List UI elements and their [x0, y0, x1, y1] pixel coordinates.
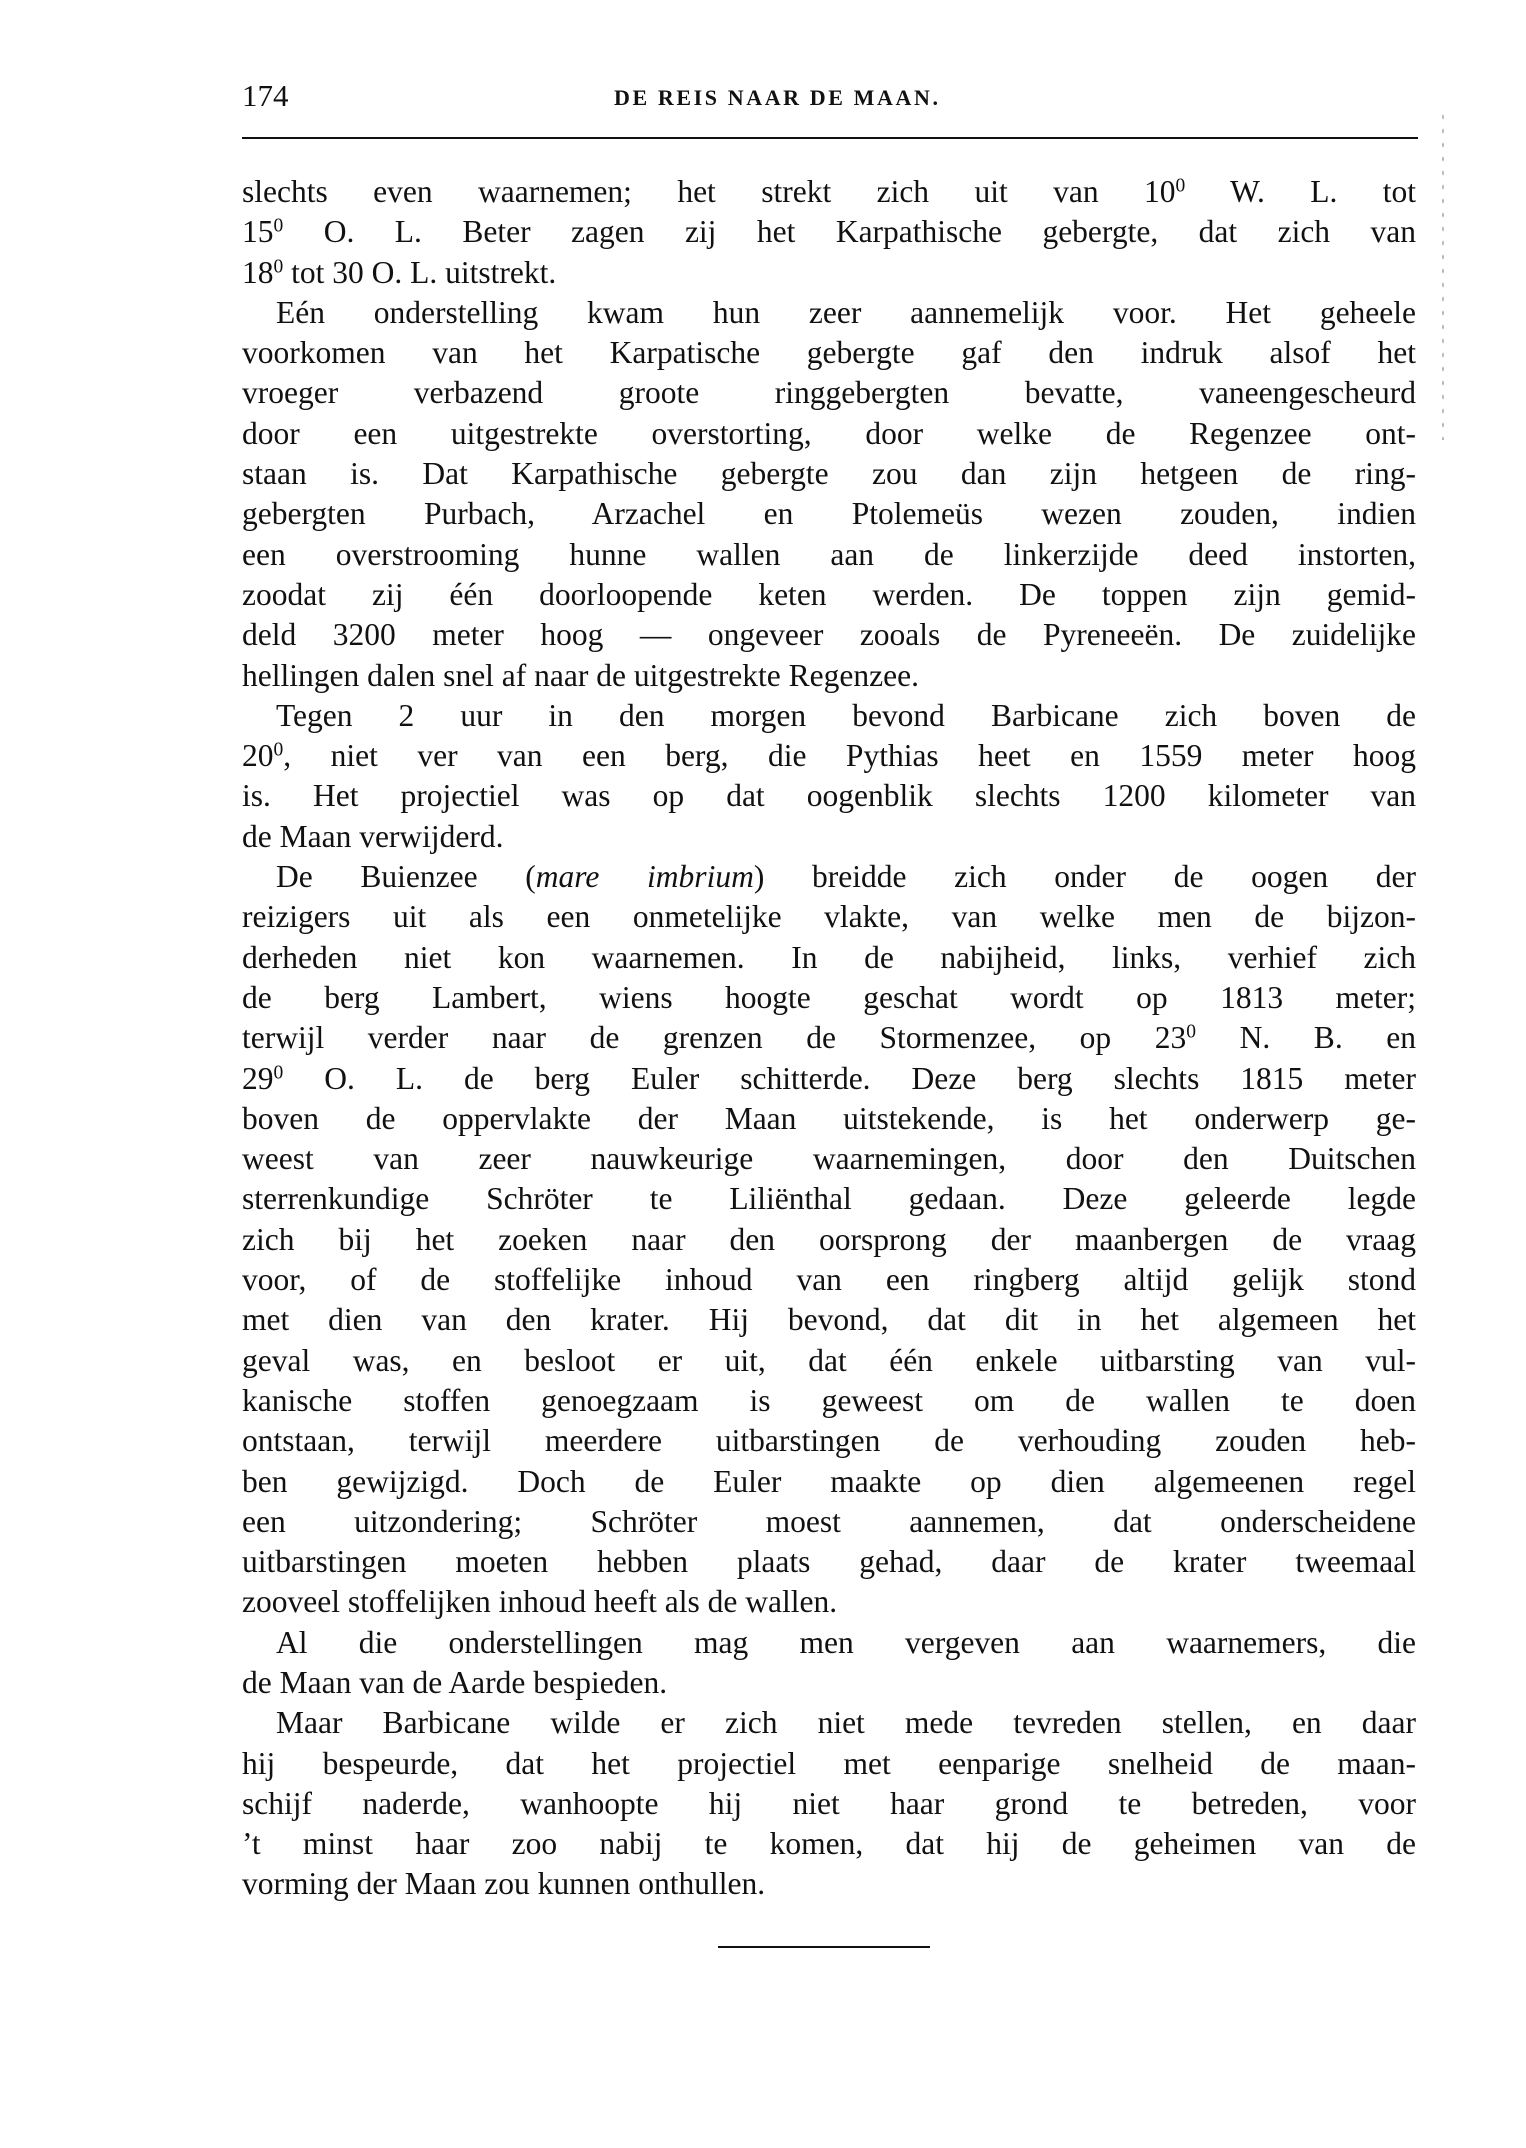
text-line: derheden niet kon waarnemen. In de nabij…	[242, 938, 1416, 978]
body-text: slechts even waarnemen; het strekt zich …	[242, 172, 1416, 1905]
text-line: de berg Lambert, wiens hoogte geschat wo…	[242, 978, 1416, 1018]
page-number: 174	[242, 78, 289, 114]
text-line: kanische stoffen genoegzaam is geweest o…	[242, 1381, 1416, 1421]
page-header: 174 DE REIS NAAR DE MAAN.	[242, 78, 1416, 114]
text-line: zich bij het zoeken naar den oorsprong d…	[242, 1220, 1416, 1260]
text-line: uitbarstingen moeten hebben plaats gehad…	[242, 1542, 1416, 1582]
text-line: sterrenkundige Schröter te Liliënthal ge…	[242, 1179, 1416, 1219]
text-line: zoodat zij één doorloopende keten werden…	[242, 575, 1416, 615]
text-line: Tegen 2 uur in den morgen bevond Barbica…	[242, 696, 1416, 736]
text-line: zooveel stoffelijken inhoud heeft als de…	[242, 1582, 1416, 1622]
text-line: Eén onderstelling kwam hun zeer aannemel…	[242, 293, 1416, 333]
text-line: ben gewijzigd. Doch de Euler maakte op d…	[242, 1462, 1416, 1502]
text-line: is. Het projectiel was op dat oogenblik …	[242, 776, 1416, 816]
text-line: vroeger verbazend groote ringgebergten b…	[242, 373, 1416, 413]
text-line: de Maan verwijderd.	[242, 817, 1416, 857]
text-line: weest van zeer nauwkeurige waarnemingen,…	[242, 1139, 1416, 1179]
text-line: Maar Barbicane wilde er zich niet mede t…	[242, 1703, 1416, 1743]
scan-edge-noise	[1440, 110, 1448, 440]
text-line: voor, of de stoffelijke inhoud van een r…	[242, 1260, 1416, 1300]
header-rule	[242, 137, 1418, 139]
text-line: deld 3200 meter hoog — ongeveer zooals d…	[242, 615, 1416, 655]
text-line: 180 tot 30 O. L. uitstrekt.	[242, 253, 1416, 293]
text-line: met dien van den krater. Hij bevond, dat…	[242, 1300, 1416, 1340]
text-line: ontstaan, terwijl meerdere uitbarstingen…	[242, 1421, 1416, 1461]
text-line: 200, niet ver van een berg, die Pythias …	[242, 736, 1416, 776]
text-line: een overstrooming hunne wallen aan de li…	[242, 535, 1416, 575]
text-line: vorming der Maan zou kunnen onthullen.	[242, 1864, 1416, 1904]
text-line: staan is. Dat Karpathische gebergte zou …	[242, 454, 1416, 494]
text-line: door een uitgestrekte overstorting, door…	[242, 414, 1416, 454]
text-line: reizigers uit als een onmetelijke vlakte…	[242, 897, 1416, 937]
text-line: een uitzondering; Schröter moest aanneme…	[242, 1502, 1416, 1542]
text-line: Al die onderstellingen mag men vergeven …	[242, 1623, 1416, 1663]
text-line: 290 O. L. de berg Euler schitterde. Deze…	[242, 1059, 1416, 1099]
book-page: 174 DE REIS NAAR DE MAAN. slechts even w…	[0, 0, 1526, 2148]
text-line: geval was, en besloot er uit, dat één en…	[242, 1341, 1416, 1381]
text-line: ’t minst haar zoo nabij te komen, dat hi…	[242, 1824, 1416, 1864]
text-line: terwijl verder naar de grenzen de Storme…	[242, 1018, 1416, 1058]
text-line: hij bespeurde, dat het projectiel met ee…	[242, 1744, 1416, 1784]
running-title: DE REIS NAAR DE MAAN.	[614, 80, 941, 116]
text-line: schijf naderde, wanhoopte hij niet haar …	[242, 1784, 1416, 1824]
end-of-chapter-rule	[718, 1946, 930, 1948]
text-line: hellingen dalen snel af naar de uitgestr…	[242, 656, 1416, 696]
text-line: slechts even waarnemen; het strekt zich …	[242, 172, 1416, 212]
text-line: De Buienzee (mare imbrium) breidde zich …	[242, 857, 1416, 897]
text-line: 150 O. L. Beter zagen zij het Karpathisc…	[242, 212, 1416, 252]
text-line: gebergten Purbach, Arzachel en Ptolemeüs…	[242, 494, 1416, 534]
text-line: voorkomen van het Karpatische gebergte g…	[242, 333, 1416, 373]
text-line: boven de oppervlakte der Maan uitstekend…	[242, 1099, 1416, 1139]
text-line: de Maan van de Aarde bespieden.	[242, 1663, 1416, 1703]
